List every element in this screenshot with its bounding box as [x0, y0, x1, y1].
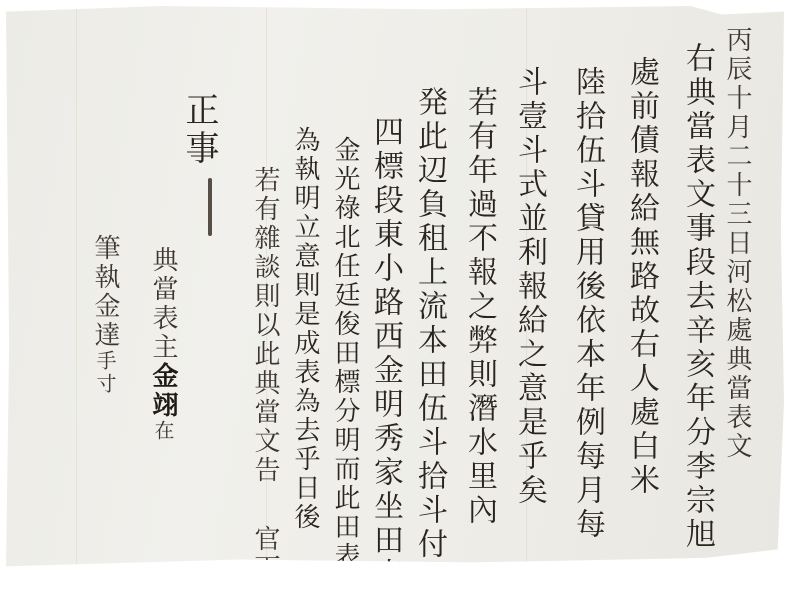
text-column-1: 右典當表文事段去辛亥年分李宗旭	[682, 42, 712, 552]
closing-stroke-mark	[208, 178, 212, 236]
pawner-name: 金翊	[148, 362, 178, 420]
text-column-5: 若有年過不報之弊則潛水里內	[464, 86, 494, 528]
scribe-name: 金達	[90, 292, 120, 350]
text-column-7: 四標段東小路西金明秀家坐田南	[370, 116, 400, 592]
text-column-3: 陸拾伍斗貸用後依本年例每月每	[572, 66, 602, 542]
date-line-column: 丙辰十月二十三日河松處典當表文	[724, 26, 750, 461]
pawner-role: 典當表主	[148, 246, 178, 362]
pawner-mark: 在	[151, 420, 175, 443]
scribe-role: 筆執	[90, 234, 120, 292]
text-column-6: 発此辺負租上流本田伍斗拾斗付	[414, 86, 444, 562]
text-column-9: 為執明立意則是成表為去乎日後	[292, 126, 318, 532]
closing-column: 正事	[182, 92, 216, 168]
text-column-10: 若有雜談則以此典當文告官下	[252, 166, 278, 583]
scribe-mark: 手寸	[93, 350, 117, 396]
text-column-10-main: 若有雜談則以此典當文告	[250, 166, 280, 485]
text-column-8: 金光祿北任廷俊田標分明而此田表	[332, 136, 358, 571]
scribe-signature: 筆執金達手寸	[92, 234, 118, 396]
text-column-2: 處前債報給無路故右人處白米	[626, 56, 656, 498]
text-column-4: 斗壹斗式並利報給之意是乎矣	[514, 66, 544, 508]
text-column-10-suffix: 官下	[250, 525, 280, 583]
pawner-signature: 典當表主金翊在	[150, 246, 176, 443]
paper-fiber	[76, 6, 77, 572]
document-paper: 丙辰十月二十三日河松處典當表文 右典當表文事段去辛亥年分李宗旭 處前債報給無路故…	[6, 6, 784, 572]
